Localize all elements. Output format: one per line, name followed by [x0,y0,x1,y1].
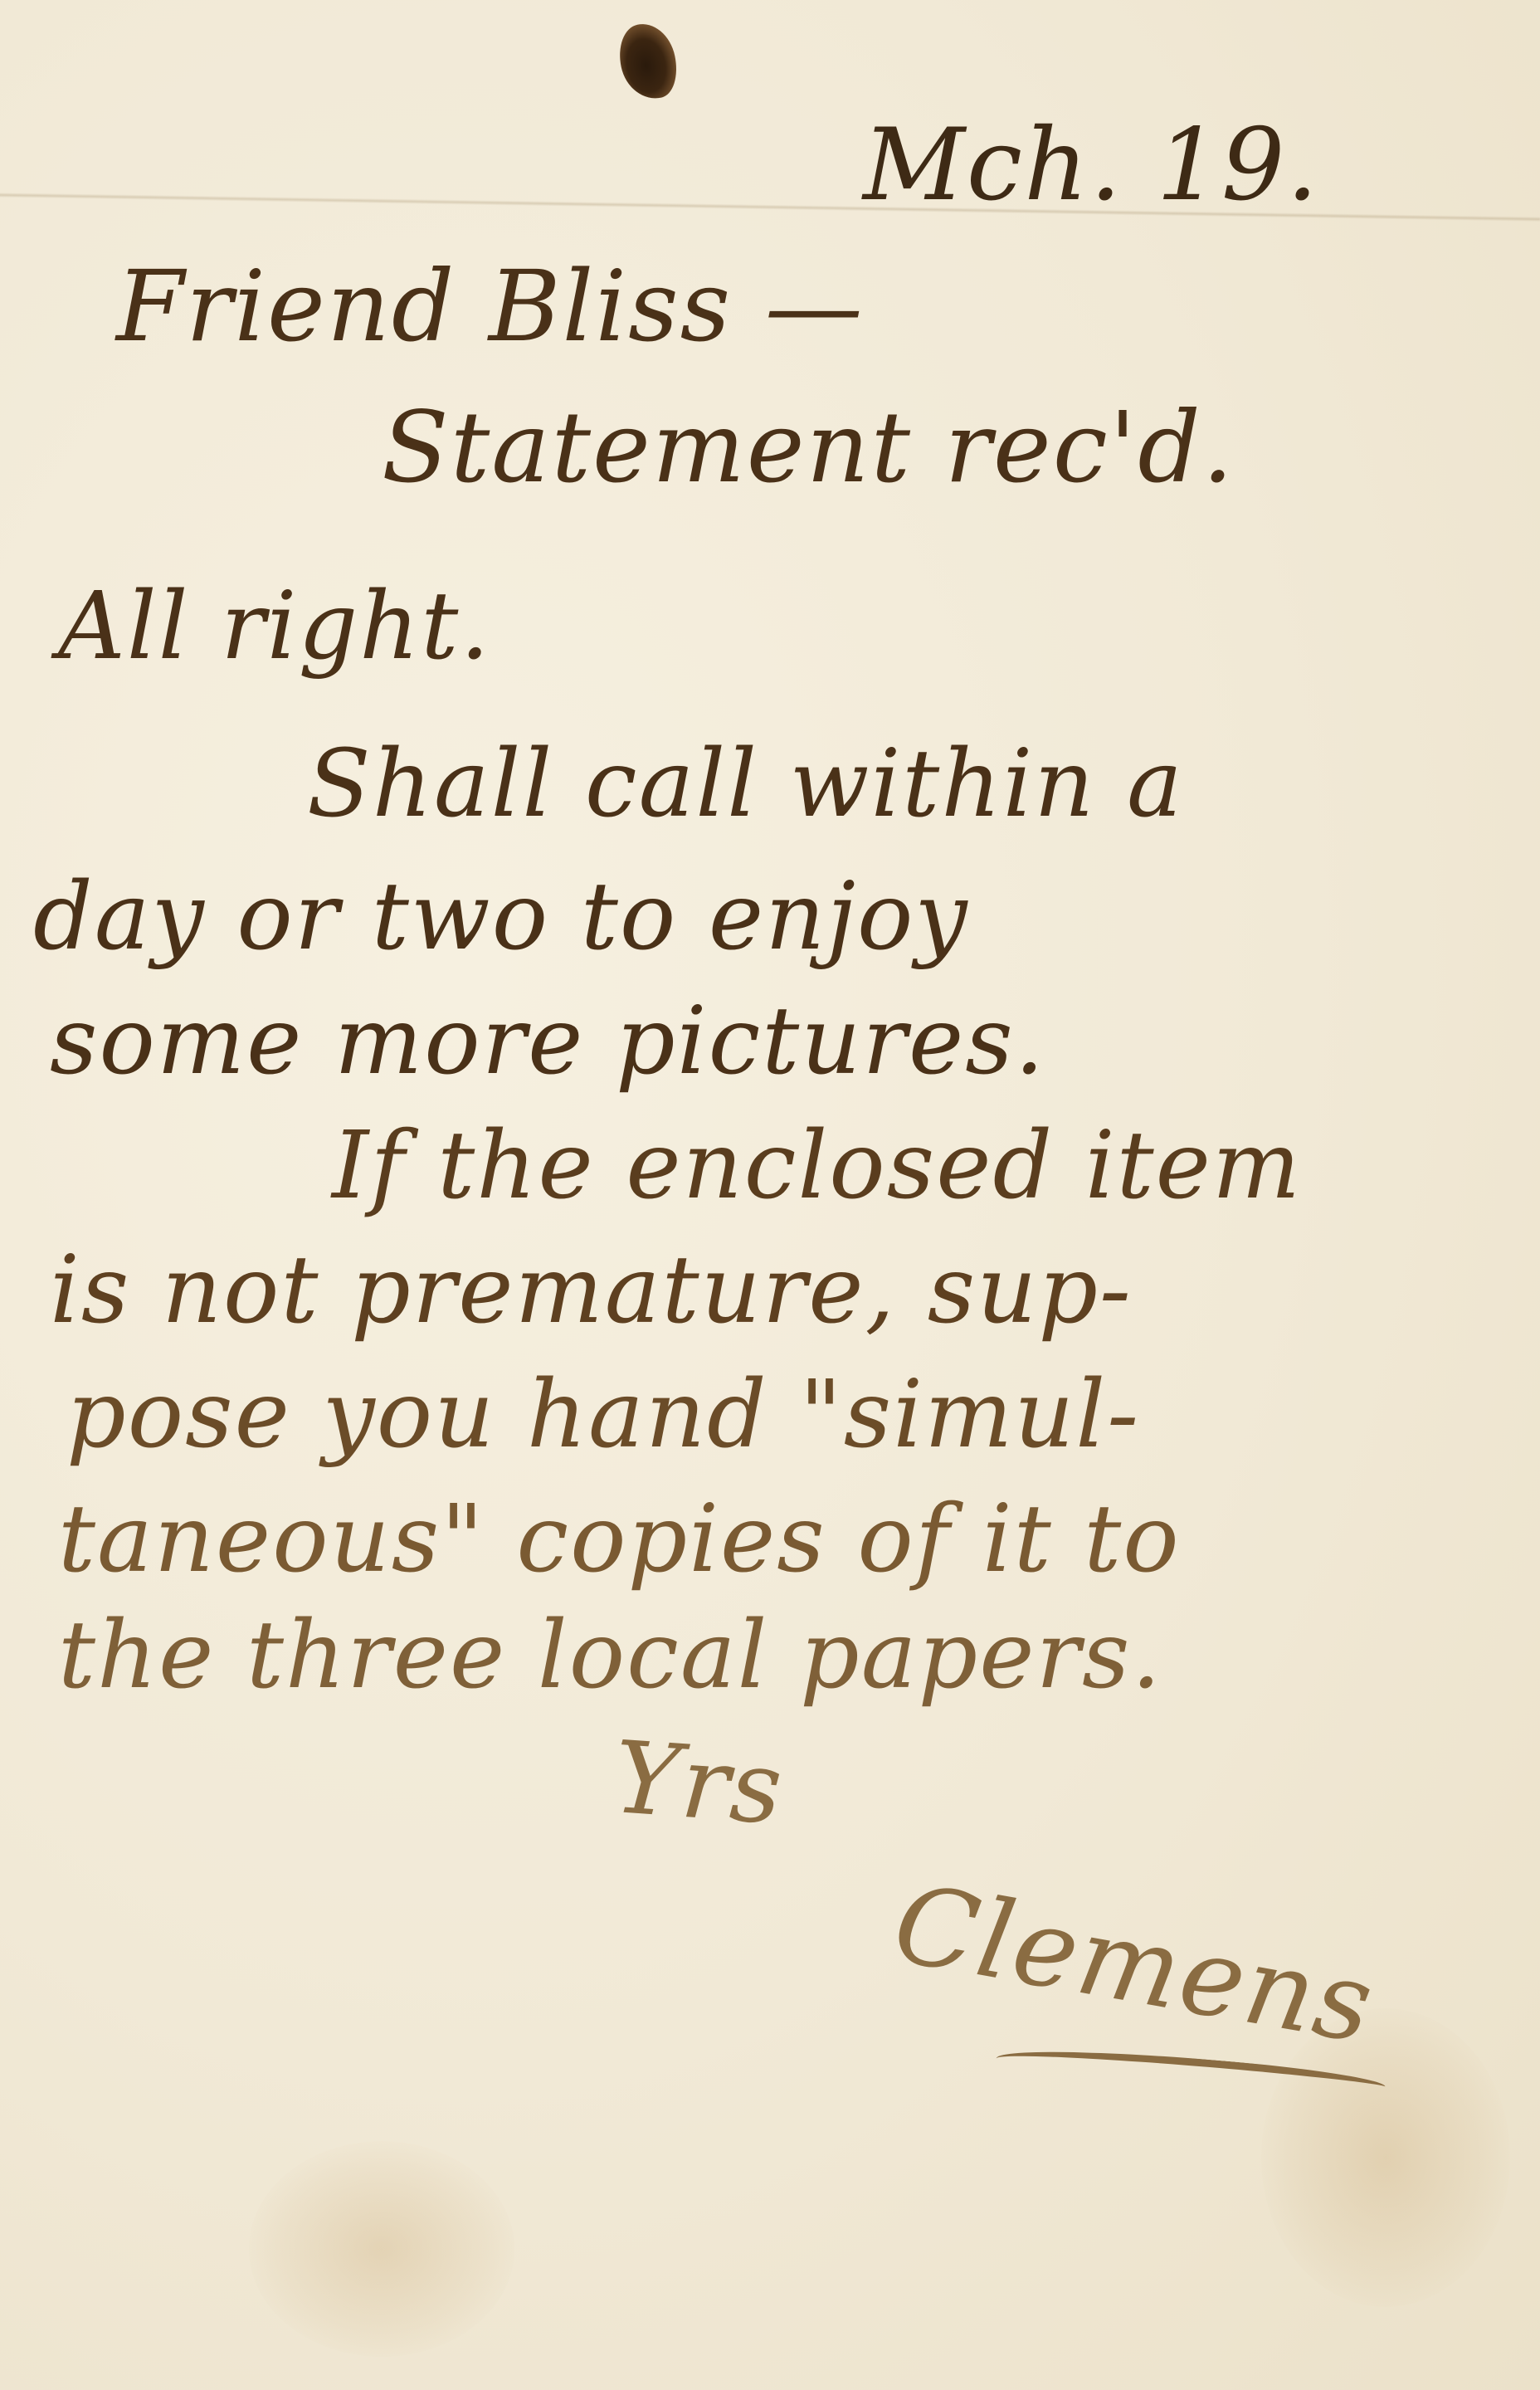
body-line: If the enclosed item [332,1112,1302,1220]
body-line: some more pictures. [50,988,1045,1095]
closing: Yrs [610,1720,787,1847]
letter-page: Mch. 19. Friend Bliss — Statement rec'd.… [0,0,1540,2390]
body-line: day or two to enjoy [33,863,969,971]
body-line: taneous" copies of it to [58,1485,1181,1593]
fingerprint-stain [249,2141,514,2357]
body-line: Statement rec'd. [382,390,1235,505]
ink-blot [613,18,683,105]
signature: Clemens [885,1860,1383,2068]
body-line: All right. [58,573,491,680]
letter-date: Mch. 19. [863,108,1320,223]
body-line: pose you hand "simul- [66,1361,1140,1469]
salutation: Friend Bliss — [116,249,865,363]
body-line: Shall call within a [307,730,1184,838]
body-line: is not premature, sup- [50,1236,1133,1344]
body-line: the three local papers. [58,1602,1162,1710]
